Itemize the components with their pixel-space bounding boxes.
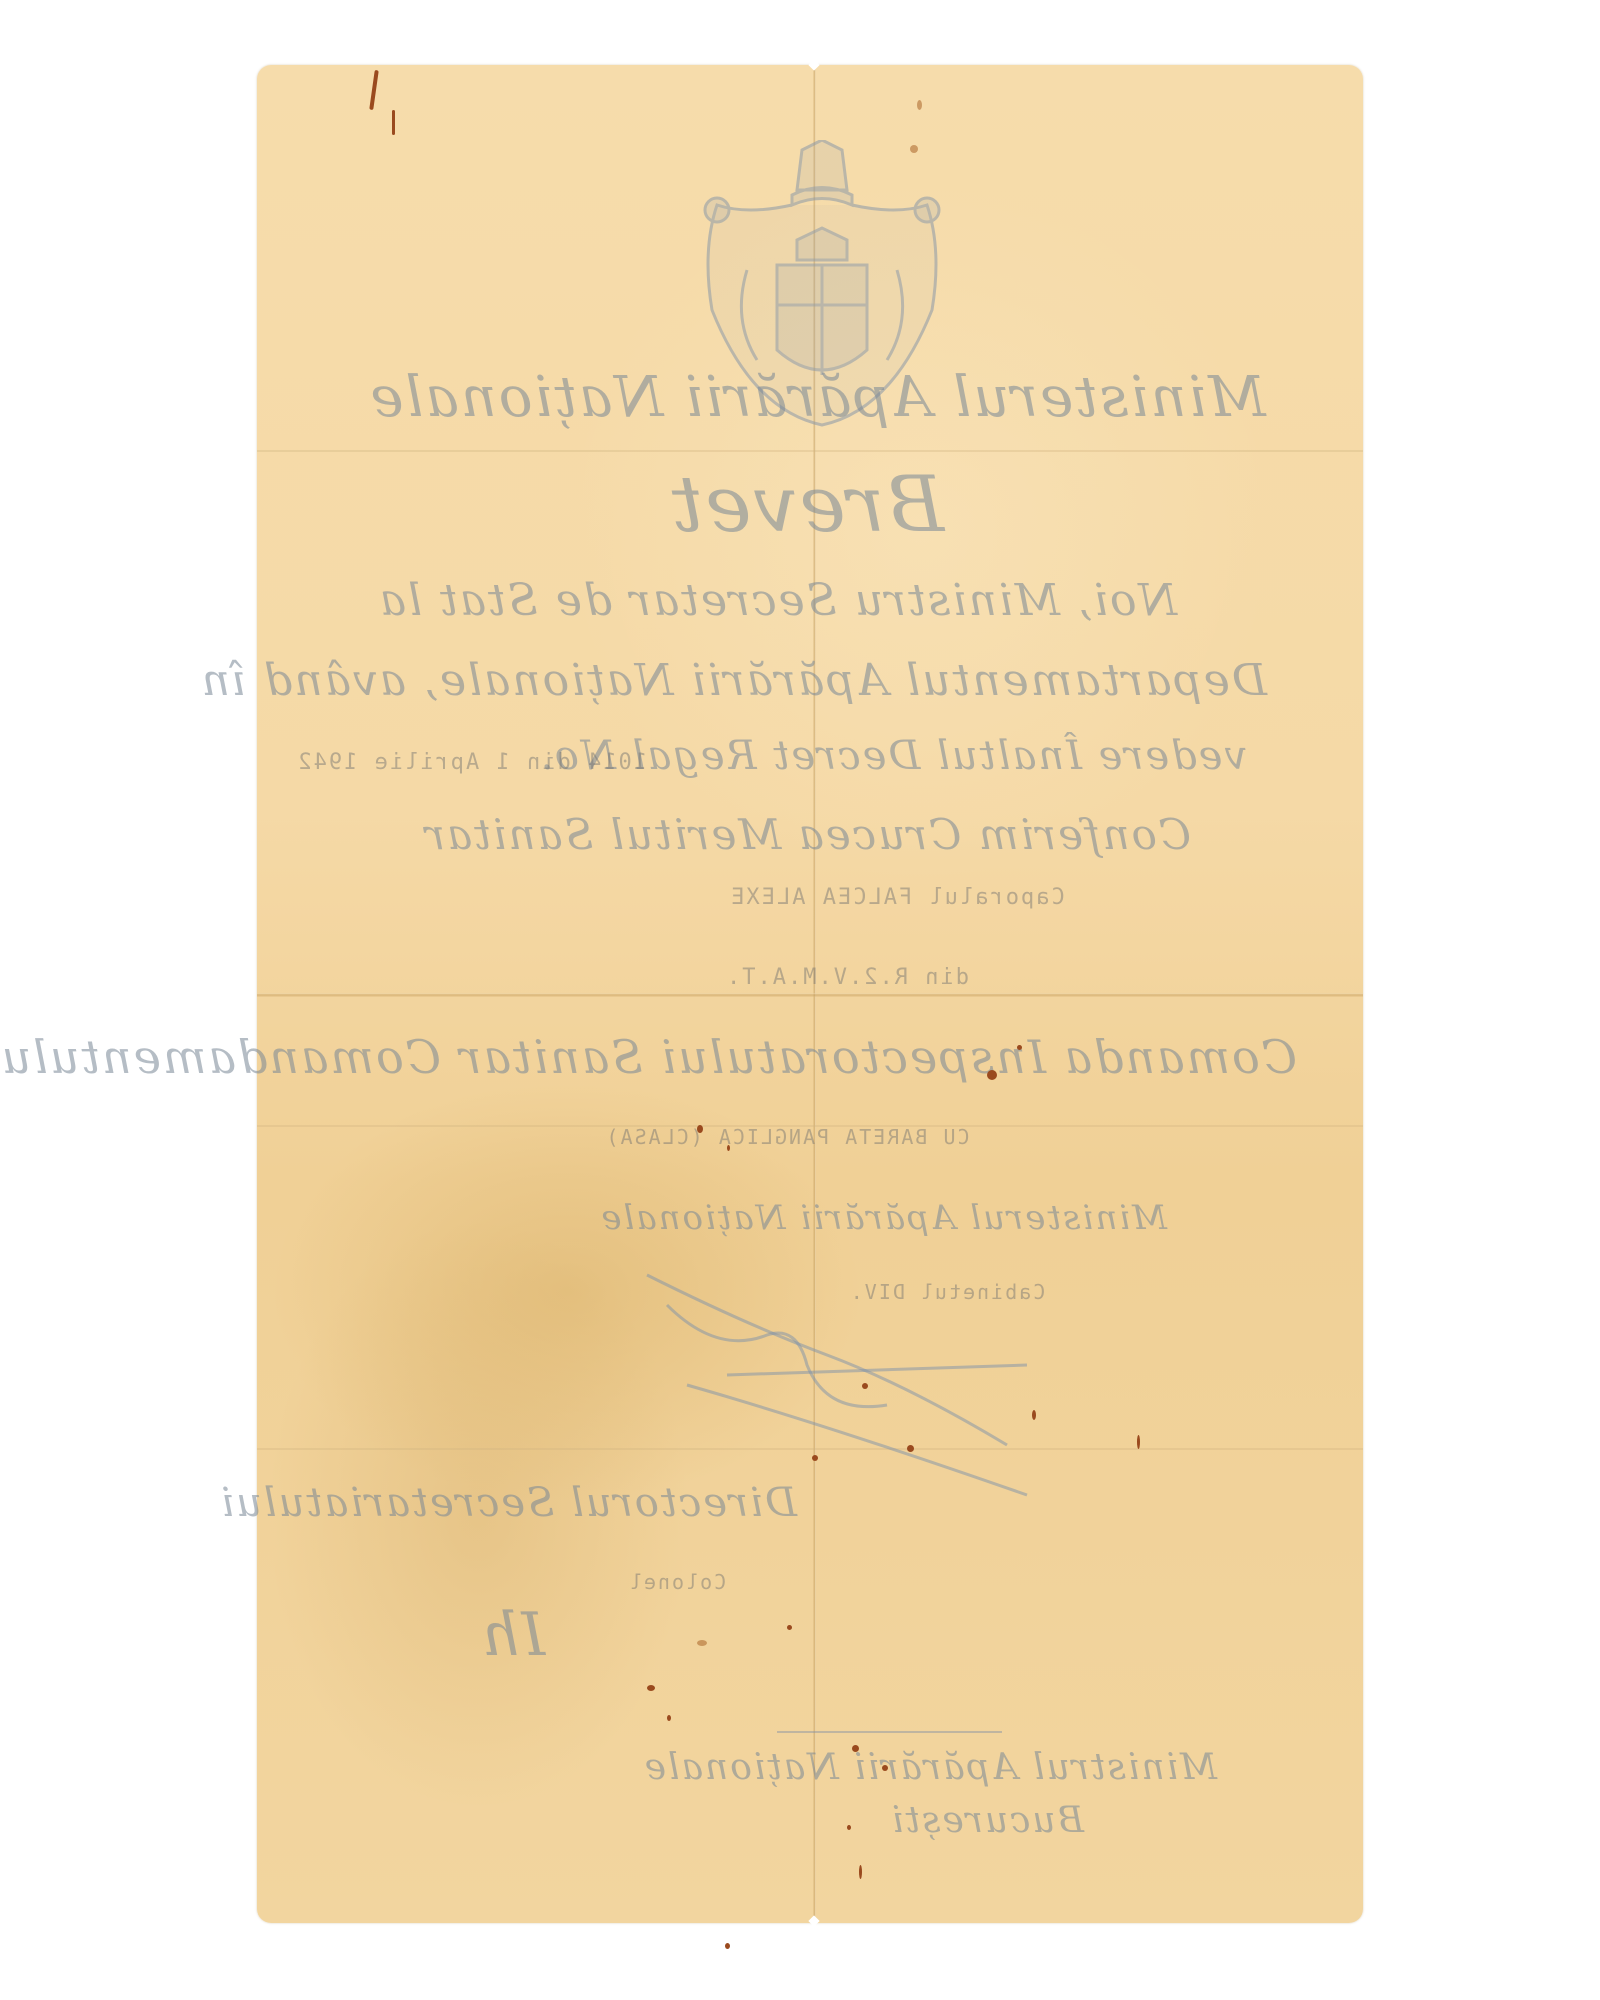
- stain: [725, 1943, 730, 1949]
- bottom-notch: [808, 1915, 819, 1926]
- left-signature-mark: Ih: [472, 1600, 552, 1670]
- right-signature-text-2: București: [857, 1800, 1117, 1841]
- left-signature-label: Directorul Secretariatului: [317, 1480, 797, 1526]
- stain: [369, 70, 379, 110]
- typed-recipient-name: Caporalul FALCEA ALEXE: [677, 885, 1117, 910]
- typed-rank: CU BARETA PANGLICA (CLASA): [507, 1125, 1067, 1149]
- stain: [907, 1445, 914, 1452]
- stain: [787, 1625, 792, 1630]
- stain: [647, 1685, 655, 1691]
- stain: [847, 1825, 851, 1830]
- stain: [882, 1765, 888, 1771]
- right-signature-line: [777, 1731, 1002, 1733]
- text-line-4: Conferim Crucea Meritul Sanitar: [407, 810, 1207, 859]
- stain: [910, 145, 918, 153]
- stain: [812, 1455, 818, 1461]
- typed-decree-number: 1014 din 1 Aprilie 1942: [327, 750, 647, 775]
- stain: [1032, 1410, 1036, 1420]
- text-line-5: Comanda Inspectoratului Sanitar Comandam…: [337, 1030, 1297, 1084]
- stain: [697, 1125, 703, 1133]
- stain: [852, 1745, 859, 1752]
- right-signature-text-1: Ministrul Apărării Naționale: [777, 1747, 1217, 1788]
- stain: [859, 1865, 862, 1879]
- stain: [862, 1383, 868, 1389]
- typed-colonel: Colonel: [597, 1570, 757, 1594]
- stain: [697, 1640, 707, 1646]
- ministry-signature-block: Ministerul Apărării Naționale: [727, 1198, 1167, 1238]
- document-title: Brevet: [637, 460, 977, 550]
- ministry-heading: Ministerul Apărării Naționale: [357, 365, 1277, 430]
- stain: [917, 100, 922, 110]
- document-sheet: Ministerul Apărării Naționale Brevet Noi…: [257, 65, 1363, 1923]
- text-line-2: Departamentul Apărării Naționale, având …: [347, 655, 1267, 706]
- fold-line-upper: [257, 450, 1363, 452]
- stain: [1017, 1045, 1022, 1050]
- stain: [392, 110, 395, 135]
- top-notch: [808, 59, 819, 70]
- stain: [727, 1145, 730, 1151]
- stain: [987, 1070, 997, 1080]
- typed-unit: din R.2.V.M.A.T.: [697, 965, 997, 990]
- text-line-1: Noi, Ministru Secretar de Stat la: [437, 575, 1177, 626]
- fold-line-middle: [257, 993, 1363, 997]
- stain: [1137, 1435, 1140, 1449]
- stain: [667, 1715, 671, 1721]
- text-line-3: vedere Înaltul Decret Regal No.: [637, 733, 1247, 779]
